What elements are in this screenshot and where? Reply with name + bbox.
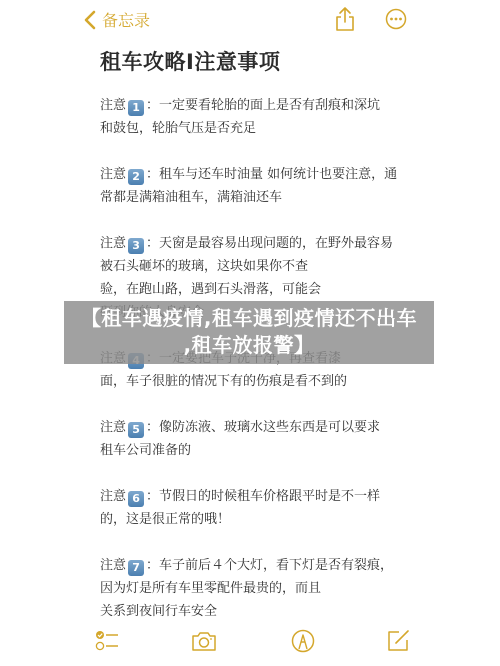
- share-button[interactable]: [334, 6, 356, 36]
- note-text: ：天窗是最容易出现问题的，在野外最容易: [146, 236, 393, 251]
- note-item-1: 注意1：一定要看轮胎的面上是否有刮痕和深坑 和鼓包，轮胎气压是否充足: [100, 94, 420, 140]
- markup-icon: [290, 628, 316, 654]
- note-text: ：车子前后４个大灯，看下灯是否有裂痕，: [146, 558, 393, 573]
- headline-line-1: 【租车遇疫情,租车遇到疫情还不出车: [64, 305, 434, 332]
- note-prefix: 注意: [100, 167, 126, 182]
- note-text: ：像防冻液、玻璃水这些东西是可以要求: [146, 420, 380, 435]
- number-badge-6: 6: [128, 491, 144, 507]
- note-prefix: 注意: [100, 558, 126, 573]
- chevron-left-icon: [84, 10, 96, 30]
- note-text: ：租车与还车时油量 如何统计也要注意，通: [146, 167, 397, 182]
- note-text: 被石头砸坏的玻璃，这块如果你不查: [100, 255, 420, 278]
- note-body[interactable]: 注意1：一定要看轮胎的面上是否有刮痕和深坑 和鼓包，轮胎气压是否充足 注意2：租…: [100, 94, 420, 646]
- number-badge-1: 1: [128, 100, 144, 116]
- share-icon: [334, 6, 356, 32]
- navigation-bar: 备忘录: [0, 0, 500, 44]
- number-badge-5: 5: [128, 422, 144, 438]
- more-button[interactable]: [385, 8, 407, 34]
- number-badge-2: 2: [128, 169, 144, 185]
- note-text: 验，在跑山路，遇到石头滑落，可能会: [100, 278, 420, 301]
- note-text: ：节假日的时候租车价格跟平时是不一样: [146, 489, 380, 504]
- number-badge-7: 7: [128, 560, 144, 576]
- note-prefix: 注意: [100, 489, 126, 504]
- bottom-toolbar: [0, 628, 500, 666]
- back-button[interactable]: 备忘录: [84, 8, 150, 31]
- more-icon: [385, 8, 407, 30]
- camera-icon: [191, 628, 217, 654]
- headline-line-2: ,租车放报警】: [64, 332, 434, 359]
- note-text: 常都是满箱油租车，满箱油还车: [100, 186, 420, 209]
- compose-icon: [385, 628, 411, 654]
- note-item-2: 注意2：租车与还车时油量 如何统计也要注意，通 常都是满箱油租车，满箱油还车: [100, 163, 420, 209]
- back-label: 备忘录: [102, 8, 150, 31]
- checklist-button[interactable]: [95, 628, 121, 658]
- camera-button[interactable]: [191, 628, 217, 658]
- number-badge-3: 3: [128, 238, 144, 254]
- note-title: 租车攻略I注意事项: [100, 46, 280, 76]
- compose-button[interactable]: [385, 628, 411, 658]
- note-text: 租车公司准备的: [100, 439, 420, 462]
- note-text: 关系到夜间行车安全: [100, 600, 420, 623]
- note-text: 因为灯是所有车里零配件最贵的，而且: [100, 577, 420, 600]
- note-prefix: 注意: [100, 236, 126, 251]
- note-text: 面，车子很脏的情况下有的伤痕是看不到的: [100, 370, 420, 393]
- note-text: ：一定要看轮胎的面上是否有刮痕和深坑: [146, 98, 380, 113]
- checklist-icon: [95, 628, 121, 654]
- markup-button[interactable]: [290, 628, 316, 658]
- note-item-7: 注意7：车子前后４个大灯，看下灯是否有裂痕， 因为灯是所有车里零配件最贵的，而且…: [100, 554, 420, 623]
- note-text: 和鼓包，轮胎气压是否充足: [100, 117, 420, 140]
- note-item-5: 注意5：像防冻液、玻璃水这些东西是可以要求 租车公司准备的: [100, 416, 420, 462]
- note-prefix: 注意: [100, 420, 126, 435]
- headline-overlay: 【租车遇疫情,租车遇到疫情还不出车 ,租车放报警】: [64, 301, 434, 364]
- note-text: 的，这是很正常的哦！: [100, 508, 420, 531]
- note-item-6: 注意6：节假日的时候租车价格跟平时是不一样 的，这是很正常的哦！: [100, 485, 420, 531]
- note-prefix: 注意: [100, 98, 126, 113]
